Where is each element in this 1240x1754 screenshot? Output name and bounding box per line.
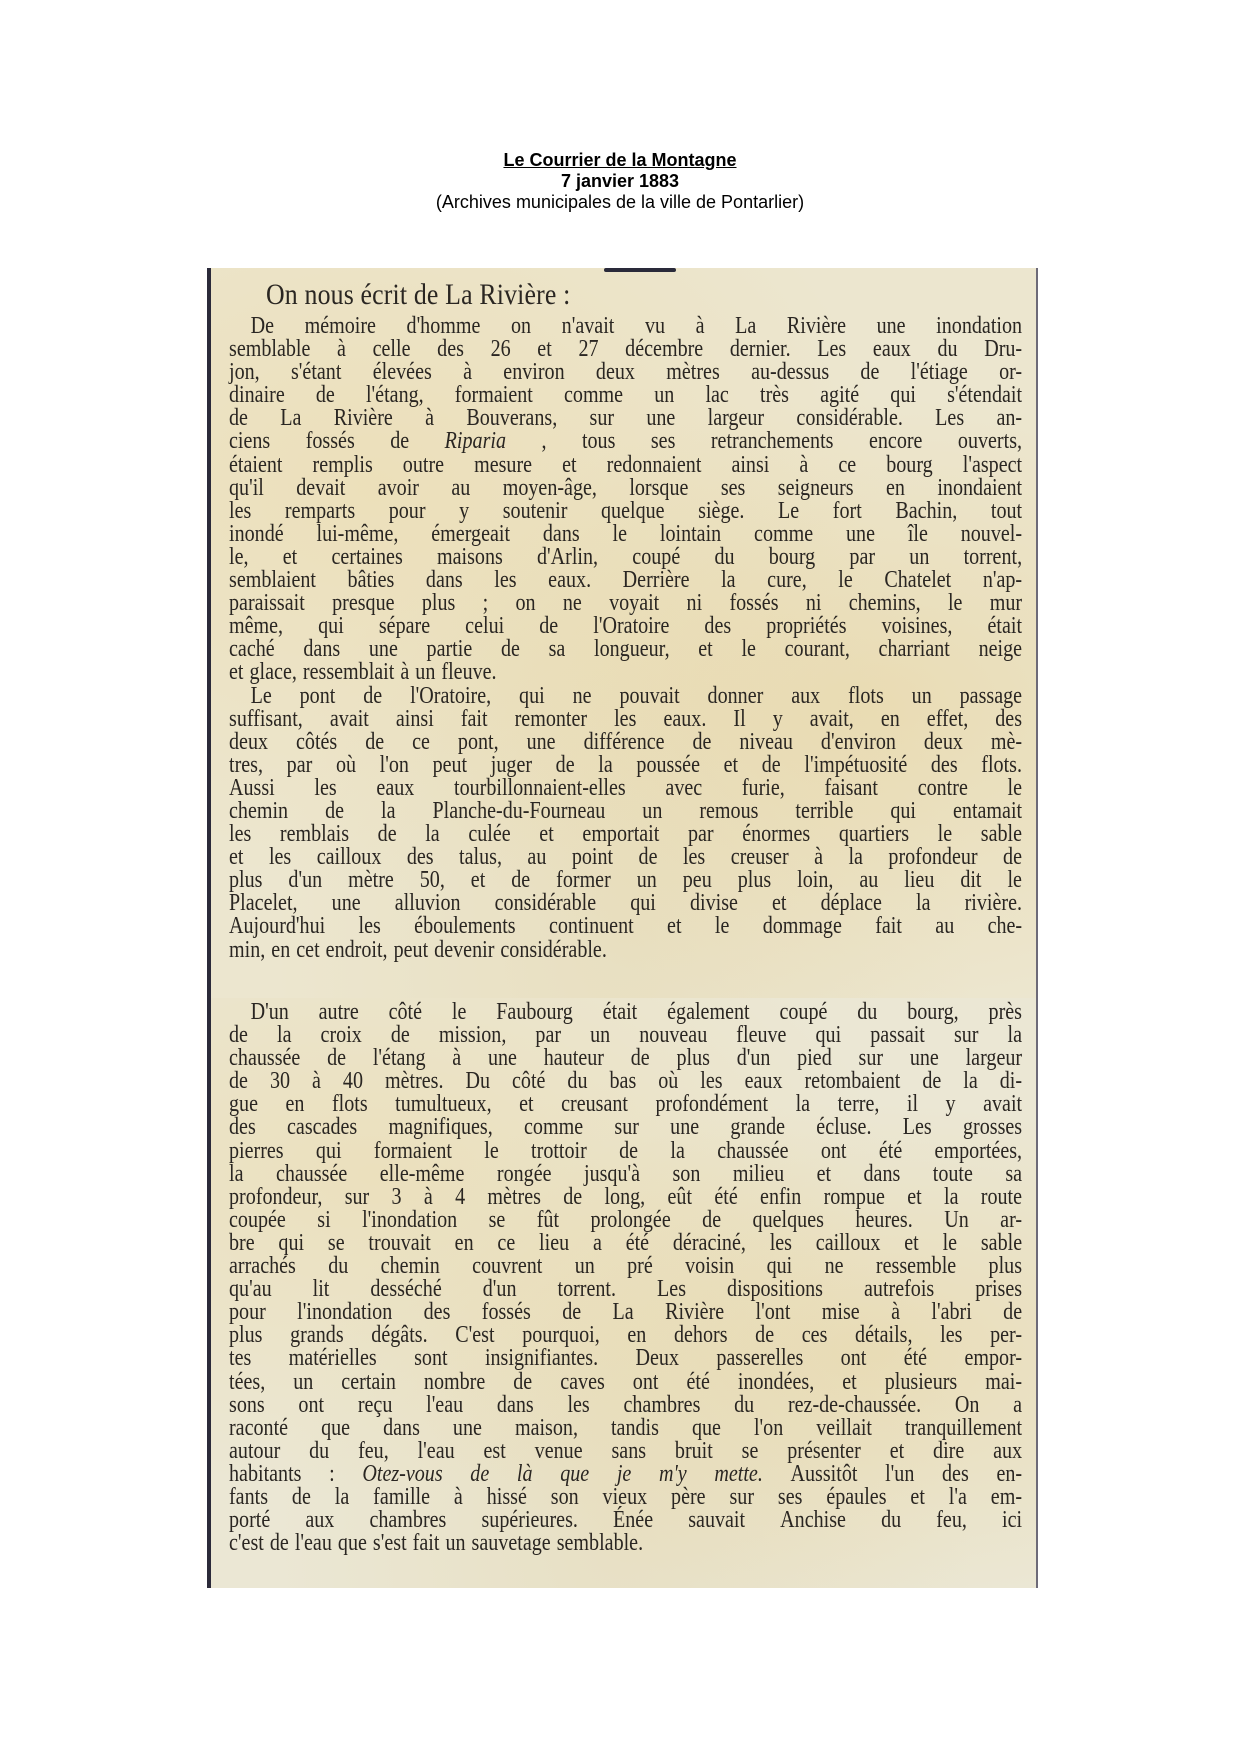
article-line: qu'aulitdesséchéd'untorrent.Lesdispositi… <box>229 1277 1022 1300</box>
article-line: de30à40mètres.Ducôtédubasoùleseauxretomb… <box>229 1069 1022 1092</box>
article-line: lachausséeelle-mêmerongéejusqu'àsonmilie… <box>229 1162 1022 1185</box>
article-line: min,encetendroit,peutdevenirconsidérable… <box>229 938 1022 961</box>
newspaper-title: Le Courrier de la Montagne <box>0 150 1240 171</box>
article-line: deuxcôtésdecepont,unedifférencedeniveaud… <box>229 730 1022 753</box>
article-line: coupéesil'inondationsefûtprolongéedequel… <box>229 1208 1022 1231</box>
article-line: delacroixdemission,parunnouveaufleuvequi… <box>229 1023 1022 1046</box>
publication-date: 7 janvier 1883 <box>0 171 1240 192</box>
article-line: Placelet,unealluvionconsidérablequidivis… <box>229 891 1022 914</box>
article-line: lesremblaisdelaculéeetemportaitparénorme… <box>229 822 1022 845</box>
article-line: tesmatériellessontinsignifiantes.Deuxpas… <box>229 1346 1022 1369</box>
article-headline: On nous écrit de La Rivière : <box>266 278 570 312</box>
article-text-part-1: Demémoired'hommeonn'avaitvuàLaRivièreune… <box>229 314 1022 961</box>
article-line: lesrempartspourysoutenirquelquesiège.Lef… <box>229 499 1022 522</box>
article-line: plusgrandsdégâts.C'estpourquoi,endehorsd… <box>229 1323 1022 1346</box>
article-line: semblableàcelledes26et27décembredernier.… <box>229 337 1022 360</box>
archive-source: (Archives municipales de la ville de Pon… <box>0 192 1240 213</box>
article-line: même,quisépareceluidel'Oratoiredespropri… <box>229 614 1022 637</box>
article-line: Aussileseauxtourbillonnaient-ellesavecfu… <box>229 776 1022 799</box>
article-text-part-2: D'unautrecôtéleFaubourgétaitégalementcou… <box>229 1000 1022 1554</box>
article-line: gueenflotstumultueux,etcreusantprofondém… <box>229 1092 1022 1115</box>
article-line: etglace,ressemblaitàunfleuve. <box>229 660 1022 683</box>
article-line: ciensfossésdeRiparia,toussesretranchemen… <box>229 429 1022 452</box>
article-line: chemindelaPlanche-du-Fourneauunremouster… <box>229 799 1022 822</box>
newspaper-clipping-part-2: D'unautrecôtéleFaubourgétaitégalementcou… <box>207 998 1038 1588</box>
newspaper-clipping-part-1: On nous écrit de La Rivière : Demémoired… <box>207 268 1038 998</box>
article-line: qu'ildevaitavoiraumoyen-âge,lorsquesesse… <box>229 476 1022 499</box>
article-line: autourdufeu,l'eauestvenuesansbruitseprés… <box>229 1439 1022 1462</box>
article-line: c'estdel'eauques'estfaitunsauvetagesembl… <box>229 1531 1022 1554</box>
document-caption: Le Courrier de la Montagne 7 janvier 188… <box>0 150 1240 213</box>
article-line: jon,s'étantélevéesàenvirondeuxmètresau-d… <box>229 360 1022 383</box>
article-line: chausséedel'étangàunehauteurdeplusd'unpi… <box>229 1046 1022 1069</box>
article-line: plusd'unmètre50,etdeformerunpeuplusloin,… <box>229 868 1022 891</box>
article-line: le,etcertainesmaisonsd'Arlin,coupédubour… <box>229 545 1022 568</box>
article-line: dinairedel'étang,formaientcommeunlactrès… <box>229 383 1022 406</box>
article-line: cachédansunepartiedesalongueur,etlecoura… <box>229 637 1022 660</box>
article-line: sonsontreçul'eaudansleschambresdurez-de-… <box>229 1393 1022 1416</box>
article-line: étaientremplisoutremesureetredonnaientai… <box>229 453 1022 476</box>
article-line: Demémoired'hommeonn'avaitvuàLaRivièreune… <box>229 314 1022 337</box>
article-line: pourl'inondationdesfossésdeLaRivièrel'on… <box>229 1300 1022 1323</box>
article-line: fantsdelafamilleàhissésonvieuxpèresurses… <box>229 1485 1022 1508</box>
article-line: deLaRivièreàBouverans,surunelargeurconsi… <box>229 406 1022 429</box>
article-line: racontéquedansunemaison,tandisquel'onvei… <box>229 1416 1022 1439</box>
article-line: suffisant,avaitainsifaitremonterleseaux.… <box>229 707 1022 730</box>
article-line: paraissaitpresqueplus;onnevoyaitnifossés… <box>229 591 1022 614</box>
article-line: inondélui-même,émergeaitdanslelointainco… <box>229 522 1022 545</box>
article-line: D'unautrecôtéleFaubourgétaitégalementcou… <box>229 1000 1022 1023</box>
article-line: tres,paroùl'onpeutjugerdelapousséeetdel'… <box>229 753 1022 776</box>
article-line: pierresquiformaientletrottoirdelachaussé… <box>229 1139 1022 1162</box>
article-line: tées,uncertainnombredecavesontétéinondée… <box>229 1370 1022 1393</box>
article-line: etlescaillouxdestalus,aupointdelescreuse… <box>229 845 1022 868</box>
article-line: profondeur,sur3à4mètresdelong,eûtétéenfi… <box>229 1185 1022 1208</box>
article-line: Lepontdel'Oratoire,quinepouvaitdonneraux… <box>229 684 1022 707</box>
article-line: brequisetrouvaitencelieuaétédéraciné,les… <box>229 1231 1022 1254</box>
article-line: arrachésduchemincouvrentunprévoisinquine… <box>229 1254 1022 1277</box>
article-line: habitants:Otez-vousdelàquejem'ymette.Aus… <box>229 1462 1022 1485</box>
column-rule <box>604 268 676 272</box>
article-line: semblaientbâtiesdansleseaux.Derrièrelacu… <box>229 568 1022 591</box>
article-line: Aujourd'huileséboulementscontinuentetled… <box>229 914 1022 937</box>
article-line: descascadesmagnifiques,commesurunegrande… <box>229 1115 1022 1138</box>
article-line: portéauxchambressupérieures.ÉnéesauvaitA… <box>229 1508 1022 1531</box>
